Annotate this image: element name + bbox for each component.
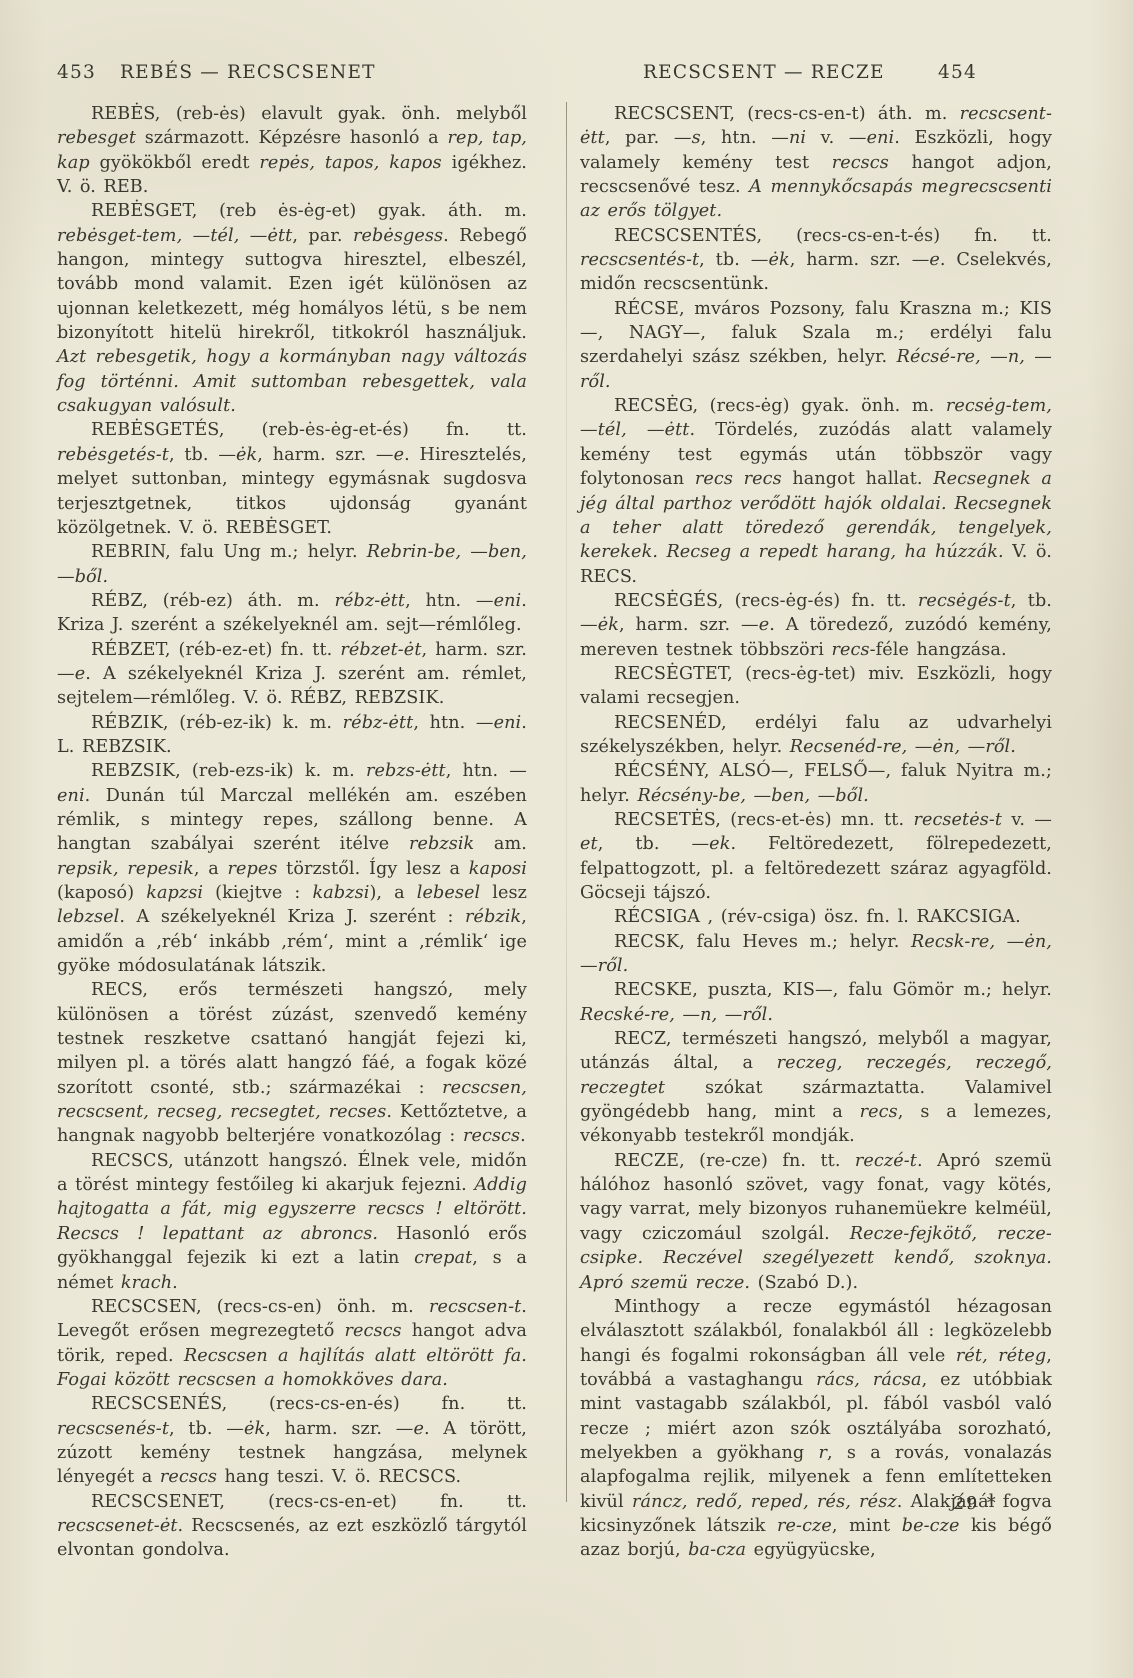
plain-text: RECZE, (re-cze) fn. tt. (614, 1151, 855, 1171)
italic-text: rebzs-ėtt (366, 761, 446, 781)
plain-text: v. (806, 128, 849, 148)
plain-text: RÉBZ, (réb-ez) áth. m. (91, 591, 334, 611)
dictionary-entry: RECSCS, utánzott hangszó. Élnek vele, mi… (57, 1149, 527, 1295)
plain-text: lesz (480, 883, 527, 903)
plain-text: , par. (605, 128, 674, 148)
italic-text: rebėsgess (353, 226, 443, 246)
italic-text: crepat (414, 1248, 472, 1268)
plain-text: . (520, 1126, 526, 1146)
italic-text: Récsény-be, —ben, —ből. (637, 786, 868, 806)
italic-text: krach (121, 1273, 172, 1293)
plain-text: RECSCSENET, (recs-cs-en-et) fn. tt. (91, 1492, 527, 1512)
plain-text: . A székelyeknél Kriza J. szerént : (119, 907, 465, 927)
italic-text: reczé-t (855, 1151, 917, 1171)
italic-text: Recsenéd-re, —ėn, —ről. (790, 737, 1016, 757)
dictionary-entry: RÉBZIK, (réb-ez-ik) k. m. rébz-ėtt, htn.… (57, 711, 527, 760)
italic-text: —e (396, 1419, 424, 1439)
plain-text: RECSĖG, (recs-ėg) gyak. önh. m. (614, 396, 946, 416)
italic-text: rét, réteg (956, 1346, 1046, 1366)
dictionary-entry: REBĖSGET, (reb ės-ėg-et) gyak. áth. m. r… (57, 199, 527, 418)
italic-text: —eni (476, 713, 521, 733)
italic-text: recscsen-t (429, 1297, 521, 1317)
italic-text: repes (227, 859, 277, 879)
dictionary-entry: RECSCSENÉS, (recs-cs-en-és) fn. tt. recs… (57, 1392, 527, 1489)
dictionary-entry: REBRIN, falu Ung m.; helyr. Rebrin-be, —… (57, 540, 527, 589)
plain-text: hangot hallat. (782, 469, 934, 489)
italic-text: rebėsget-tem, —tél, —ėtt (57, 226, 292, 246)
plain-text: v. (1002, 810, 1034, 830)
italic-text: recs (860, 1102, 898, 1122)
plain-text: RECSĖGTET, (recs-ėg-tet) miv. Eszközli, … (580, 664, 1052, 708)
plain-text: RECSCS, utánzott hangszó. Élnek vele, mi… (57, 1151, 527, 1195)
italic-text: lebzsel (57, 907, 119, 927)
dictionary-entry: REBĖS, (reb-ės) elavult gyak. önh. melyb… (57, 102, 527, 199)
plain-text: , tb. (699, 250, 751, 270)
plain-text: RECSCSENT, (recs-cs-en-t) áth. m. (614, 104, 960, 124)
italic-text: rebzsik (409, 834, 474, 854)
italic-text: rébz-ėtt (334, 591, 405, 611)
plain-text: . (172, 1273, 178, 1293)
italic-text: repsik, repesik (57, 859, 194, 879)
italic-text: kabzsi (313, 883, 370, 903)
dictionary-entry: RÉCSIGA , (rév-csiga) ösz. fn. l. RAKCSI… (580, 905, 1052, 929)
plain-text: , par. (292, 226, 353, 246)
dictionary-entry: REBĖSGETÉS, (reb-ės-ėg-et-és) fn. tt. re… (57, 418, 527, 540)
italic-text: rébzik (465, 907, 521, 927)
running-title-left: REBÉS — RECSCSENET (120, 62, 376, 83)
italic-text: kapzsi (146, 883, 203, 903)
italic-text: recsėgés-t (918, 591, 1011, 611)
dictionary-entry: RECSCSENET, (recs-cs-en-et) fn. tt. recs… (57, 1490, 527, 1563)
left-column: REBĖS, (reb-ės) elavult gyak. önh. melyb… (57, 102, 527, 1502)
italic-text: re-cze (777, 1516, 832, 1536)
italic-text: ráncz, redő, reped, rés, rész (632, 1492, 897, 1512)
plain-text: REBĖSGET, (reb ės-ėg-et) gyak. áth. m. (91, 201, 527, 221)
italic-text: recscsenet-ėt (57, 1516, 178, 1536)
plain-text: (kiejtve : (203, 883, 312, 903)
italic-text: rebėsgetés-t (57, 445, 169, 465)
plain-text: REBRIN, falu Ung m.; helyr. (91, 542, 367, 562)
plain-text: , harm. szr. (619, 615, 741, 635)
right-column: RECSCSENT, (recs-cs-en-t) áth. m. recscs… (580, 102, 1052, 1502)
italic-text: recscs (832, 153, 889, 173)
plain-text: REBZSIK, (reb-ezs-ik) k. m. (91, 761, 366, 781)
dictionary-entry: RECSK, falu Heves m.; helyr. Recsk-re, —… (580, 930, 1052, 979)
signature-mark: 29 * (953, 1494, 998, 1514)
italic-text: —e (741, 615, 769, 635)
italic-text: recs (831, 640, 869, 660)
plain-text: , htn. (405, 591, 476, 611)
plain-text: -féle hangzása. (870, 640, 1007, 660)
italic-text: recsetės-t (913, 810, 1002, 830)
plain-text: ), a (369, 883, 416, 903)
italic-text: recscs (463, 1126, 520, 1146)
plain-text: , harm. szr. (265, 1419, 396, 1439)
italic-text: Recské-re, —n, —ről. (580, 1005, 773, 1025)
plain-text: REBĖSGETÉS, (reb-ės-ėg-et-és) fn. tt. (91, 420, 527, 440)
italic-text: recscsenés-t (57, 1419, 169, 1439)
italic-text: r (818, 1443, 827, 1463)
plain-text: . A székelyeknél Kriza J. szerént am. ré… (57, 664, 527, 708)
italic-text: kaposi (469, 859, 527, 879)
page-header: 453 REBÉS — RECSCSENET RECSCSENT — RECZE… (0, 62, 1133, 88)
dictionary-entry: RECSĖGÉS, (recs-ėg-és) fn. tt. recsėgés-… (580, 589, 1052, 662)
italic-text: —e (376, 445, 404, 465)
plain-text: együgyücske, (746, 1540, 876, 1560)
column-gap-right (567, 102, 580, 1502)
italic-text: —ėk (580, 615, 619, 635)
dictionary-entry: RECSKE, puszta, KIS—, falu Gömör m.; hel… (580, 978, 1052, 1027)
italic-text: —ėk (751, 250, 790, 270)
text-columns: REBĖS, (reb-ės) elavult gyak. önh. melyb… (57, 102, 1052, 1502)
italic-text: —ni (771, 128, 806, 148)
dictionary-entry: RECZ, természeti hangszó, melyből a magy… (580, 1027, 1052, 1149)
dictionary-entry: RECSETĖS, (recs-et-ės) mn. tt. recsetės-… (580, 808, 1052, 905)
italic-text: —s (674, 128, 701, 148)
dictionary-entry: RECSCSEN, (recs-cs-en) önh. m. recscsen-… (57, 1295, 527, 1392)
italic-text: rébz-ėtt (343, 713, 414, 733)
italic-text: recscs (160, 1467, 217, 1487)
plain-text: , mint (832, 1516, 902, 1536)
plain-text: RECSK, falu Heves m.; helyr. (614, 932, 911, 952)
italic-text: lebesel (417, 883, 480, 903)
italic-text: —eni (849, 128, 894, 148)
italic-text: be-cze (902, 1516, 960, 1536)
plain-text: RECSKE, puszta, KIS—, falu Gömör m.; hel… (614, 980, 1052, 1000)
italic-text: —e (57, 664, 85, 684)
italic-text: rács, rácsa (816, 1370, 922, 1390)
dictionary-entry: RECSCSENT, (recs-cs-en-t) áth. m. recscs… (580, 102, 1052, 224)
plain-text: , htn. (701, 128, 772, 148)
italic-text: recscs (344, 1321, 401, 1341)
plain-text: , a (194, 859, 228, 879)
plain-text: RECSCSEN, (recs-cs-en) önh. m. (91, 1297, 429, 1317)
page-number-right: 454 (938, 62, 977, 83)
plain-text: gyökökből eredt (90, 153, 260, 173)
plain-text: , tb. (169, 445, 218, 465)
plain-text: , harm. szr. (790, 250, 912, 270)
italic-text: repės, tapos, kapos (259, 153, 442, 173)
plain-text: RÉCSIGA , (rév-csiga) ösz. fn. l. RAKCSI… (614, 907, 1021, 927)
plain-text: RÉBZET, (réb-ez-et) fn. tt. (91, 640, 340, 660)
italic-text: Azt rebesgetik, hogy a kormányban nagy v… (57, 347, 527, 416)
italic-text: —eni (476, 591, 521, 611)
italic-text: rebesget (57, 128, 136, 148)
dictionary-entry: REBZSIK, (reb-ezs-ik) k. m. rebzs-ėtt, h… (57, 759, 527, 978)
plain-text: REBĖS, (reb-ės) elavult gyak. önh. melyb… (91, 104, 527, 124)
plain-text: am. (474, 834, 527, 854)
plain-text: hang teszi. V. ö. RECSCS. (217, 1467, 461, 1487)
italic-text: recscsentés-t (580, 250, 699, 270)
italic-text: recs recs (695, 469, 782, 489)
dictionary-entry: RÉBZET, (réb-ez-et) fn. tt. rébzet-ėt, h… (57, 638, 527, 711)
italic-text: —ek (691, 834, 730, 854)
italic-text: —e (912, 250, 940, 270)
plain-text: , htn. (413, 713, 476, 733)
italic-text: ba-cza (688, 1540, 746, 1560)
dictionary-entry: RECS, erős természeti hangszó, mely külö… (57, 978, 527, 1148)
plain-text: , harm. szr. (422, 640, 528, 660)
dictionary-entry: RÉCSE, mváros Pozsony, falu Kraszna m.; … (580, 297, 1052, 394)
dictionary-entry: RECSĖG, (recs-ėg) gyak. önh. m. recsėg-t… (580, 394, 1052, 589)
dictionary-entry: RECSCSENTÉS, (recs-cs-en-t-és) fn. tt. r… (580, 224, 1052, 297)
plain-text: RÉBZIK, (réb-ez-ik) k. m. (91, 713, 343, 733)
column-gap-left (527, 102, 566, 1502)
plain-text: (Szabó D.). (750, 1273, 858, 1293)
plain-text: , tb. (169, 1419, 226, 1439)
plain-text: származott. Képzésre hasonló a (136, 128, 447, 148)
plain-text: RECSĖGÉS, (recs-ėg-és) fn. tt. (614, 591, 918, 611)
italic-text: —ėk (218, 445, 257, 465)
plain-text: RECSCSENTÉS, (recs-cs-en-t-és) fn. tt. (614, 226, 1052, 246)
body-paragraph: Minthogy a recze egymástól hézagosan elv… (580, 1295, 1052, 1563)
dictionary-entry: RÉCSÉNY, ALSÓ—, FELSŐ—, faluk Nyitra m.;… (580, 759, 1052, 808)
plain-text: , harm. szr. (257, 445, 376, 465)
dictionary-entry: RECZE, (re-cze) fn. tt. reczé-t. Apró sz… (580, 1149, 1052, 1295)
plain-text: , htn. (446, 761, 510, 781)
running-title-right: RECSCSENT — RECZE (643, 62, 885, 83)
plain-text: RECSETĖS, (recs-et-ės) mn. tt. (614, 810, 913, 830)
dictionary-entry: RÉBZ, (réb-ez) áth. m. rébz-ėtt, htn. —e… (57, 589, 527, 638)
dictionary-entry: RECSĖGTET, (recs-ėg-tet) miv. Eszközli, … (580, 662, 1052, 711)
plain-text: RECSCSENÉS, (recs-cs-en-és) fn. tt. (91, 1394, 527, 1414)
italic-text: rébzet-ėt (340, 640, 421, 660)
dictionary-page: 453 REBÉS — RECSCSENET RECSCSENT — RECZE… (0, 0, 1133, 1678)
plain-text: , tb. (598, 834, 692, 854)
page-number-left: 453 (57, 62, 96, 83)
dictionary-entry: RECSENÉD, erdélyi falu az udvarhelyi szé… (580, 711, 1052, 760)
plain-text: (kaposó) (57, 883, 146, 903)
plain-text: , tb. (1011, 591, 1052, 611)
plain-text: törzstől. Így lesz a (278, 859, 469, 879)
italic-text: —ėk (226, 1419, 265, 1439)
